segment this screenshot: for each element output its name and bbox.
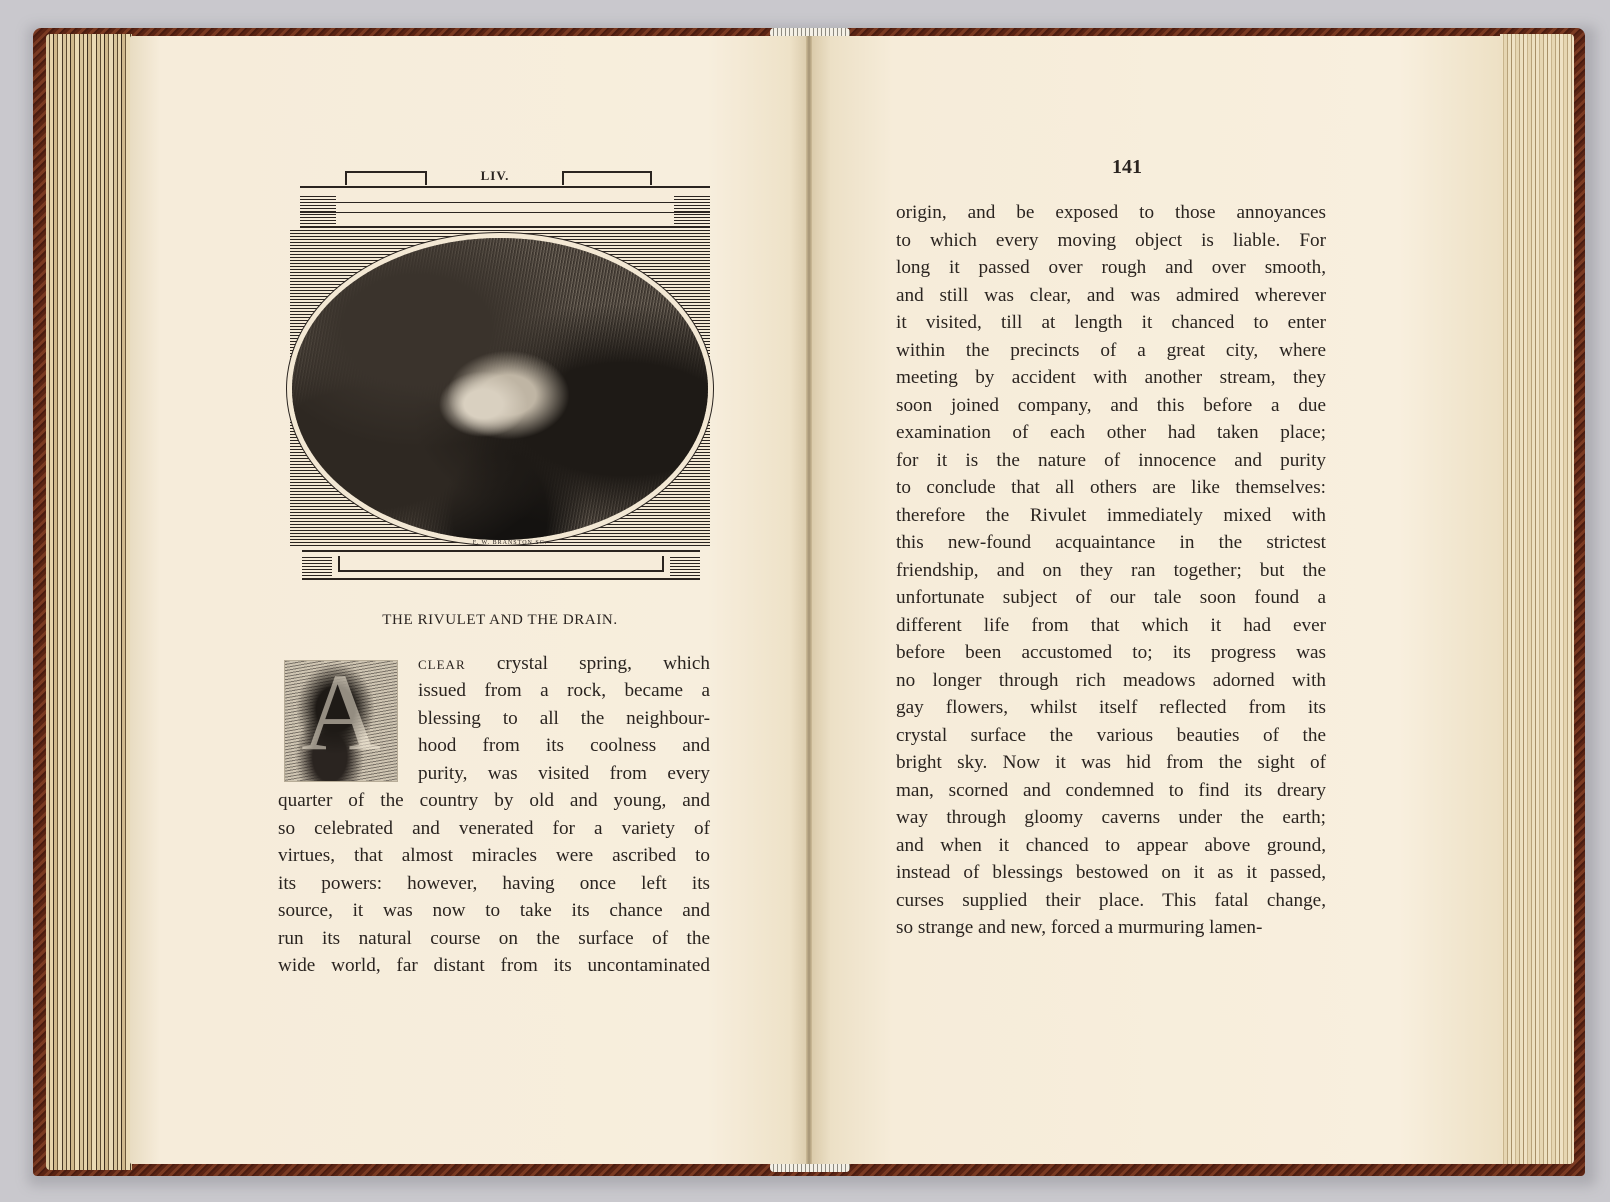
text-line: friendship, and on they ran together; bu… [896, 557, 1326, 585]
text-line: and when it chanced to appear above grou… [896, 832, 1326, 860]
text-line: run its natural course on the surface of… [278, 925, 710, 953]
text-line: it visited, till at length it chanced to… [896, 309, 1326, 337]
text-line: wide world, far distant from its unconta… [278, 952, 710, 980]
text-line: curses supplied their place. This fatal … [896, 887, 1326, 915]
text-line: different life from that which it had ev… [896, 612, 1326, 640]
page-edges-right [1500, 34, 1574, 1164]
text-line: no longer through rich meadows adorned w… [896, 667, 1326, 695]
page-edges-left [46, 34, 132, 1170]
waterfall-engraving-illustration [292, 238, 708, 540]
text-line: to conclude that all others are like the… [896, 474, 1326, 502]
text-line: for it is the nature of innocence and pu… [896, 447, 1326, 475]
text-line: man, scorned and condemned to find its d… [896, 777, 1326, 805]
text-line: virtues, that almost miracles were ascri… [278, 842, 710, 870]
text-line: therefore the Rivulet immediately mixed … [896, 502, 1326, 530]
plate-frame-ornament [345, 171, 427, 185]
text-line: so celebrated and venerated for a variet… [278, 815, 710, 843]
text-line: origin, and be exposed to those annoyanc… [896, 199, 1326, 227]
engraver-credit: F. W. BRANSTON SC. [430, 540, 590, 546]
text-line: quarter of the country by old and young,… [278, 787, 710, 815]
text-line: hood from its coolness and [418, 732, 710, 760]
illustrated-drop-cap: A [284, 660, 398, 782]
text-line: source, it was now to take its chance an… [278, 897, 710, 925]
text-line: and still was clear, and was admired whe… [896, 282, 1326, 310]
page-number: 141 [1092, 156, 1162, 179]
plate-base-wing [670, 556, 700, 576]
text-line: blessing to all the neighbour- [418, 705, 710, 733]
text-line: soon joined company, and this before a d… [896, 392, 1326, 420]
text-line: issued from a rock, became a [418, 677, 710, 705]
text-line: clear crystal spring, which [418, 650, 710, 678]
text-line: unfortunate subject of our tale soon fou… [896, 584, 1326, 612]
plate-frame-ornament [562, 171, 652, 185]
text-line: examination of each other had taken plac… [896, 419, 1326, 447]
text-line: long it passed over rough and over smoot… [896, 254, 1326, 282]
text-line: before been accustomed to; its progress … [896, 639, 1326, 667]
fable-title: THE RIVULET AND THE DRAIN. [290, 612, 710, 629]
text-line: to which every moving object is liable. … [896, 227, 1326, 255]
text-line: this new-found acquaintance in the stric… [896, 529, 1326, 557]
text-line: instead of blessings bestowed on it as i… [896, 859, 1326, 887]
text-line: bright sky. Now it was hid from the sigh… [896, 749, 1326, 777]
drop-cap-letter: A [285, 657, 397, 767]
first-word-smallcaps: clear [418, 653, 466, 674]
text-line: so strange and new, forced a murmuring l… [896, 914, 1326, 942]
book-gutter [806, 36, 812, 1164]
text-line: way through gloomy caverns under the ear… [896, 804, 1326, 832]
plate-base-wing [302, 556, 332, 576]
text-line: gay flowers, whilst itself reflected fro… [896, 694, 1326, 722]
plate-base [302, 550, 700, 580]
text-line: purity, was visited from every [418, 760, 710, 788]
text-line: within the precincts of a great city, wh… [896, 337, 1326, 365]
text-line: meeting by accident with another stream,… [896, 364, 1326, 392]
plate-number: LIV. [430, 168, 560, 184]
text-line: its powers: however, having once left it… [278, 870, 710, 898]
plate-entablature [300, 186, 710, 228]
text-line: crystal surface the various beauties of … [896, 722, 1326, 750]
